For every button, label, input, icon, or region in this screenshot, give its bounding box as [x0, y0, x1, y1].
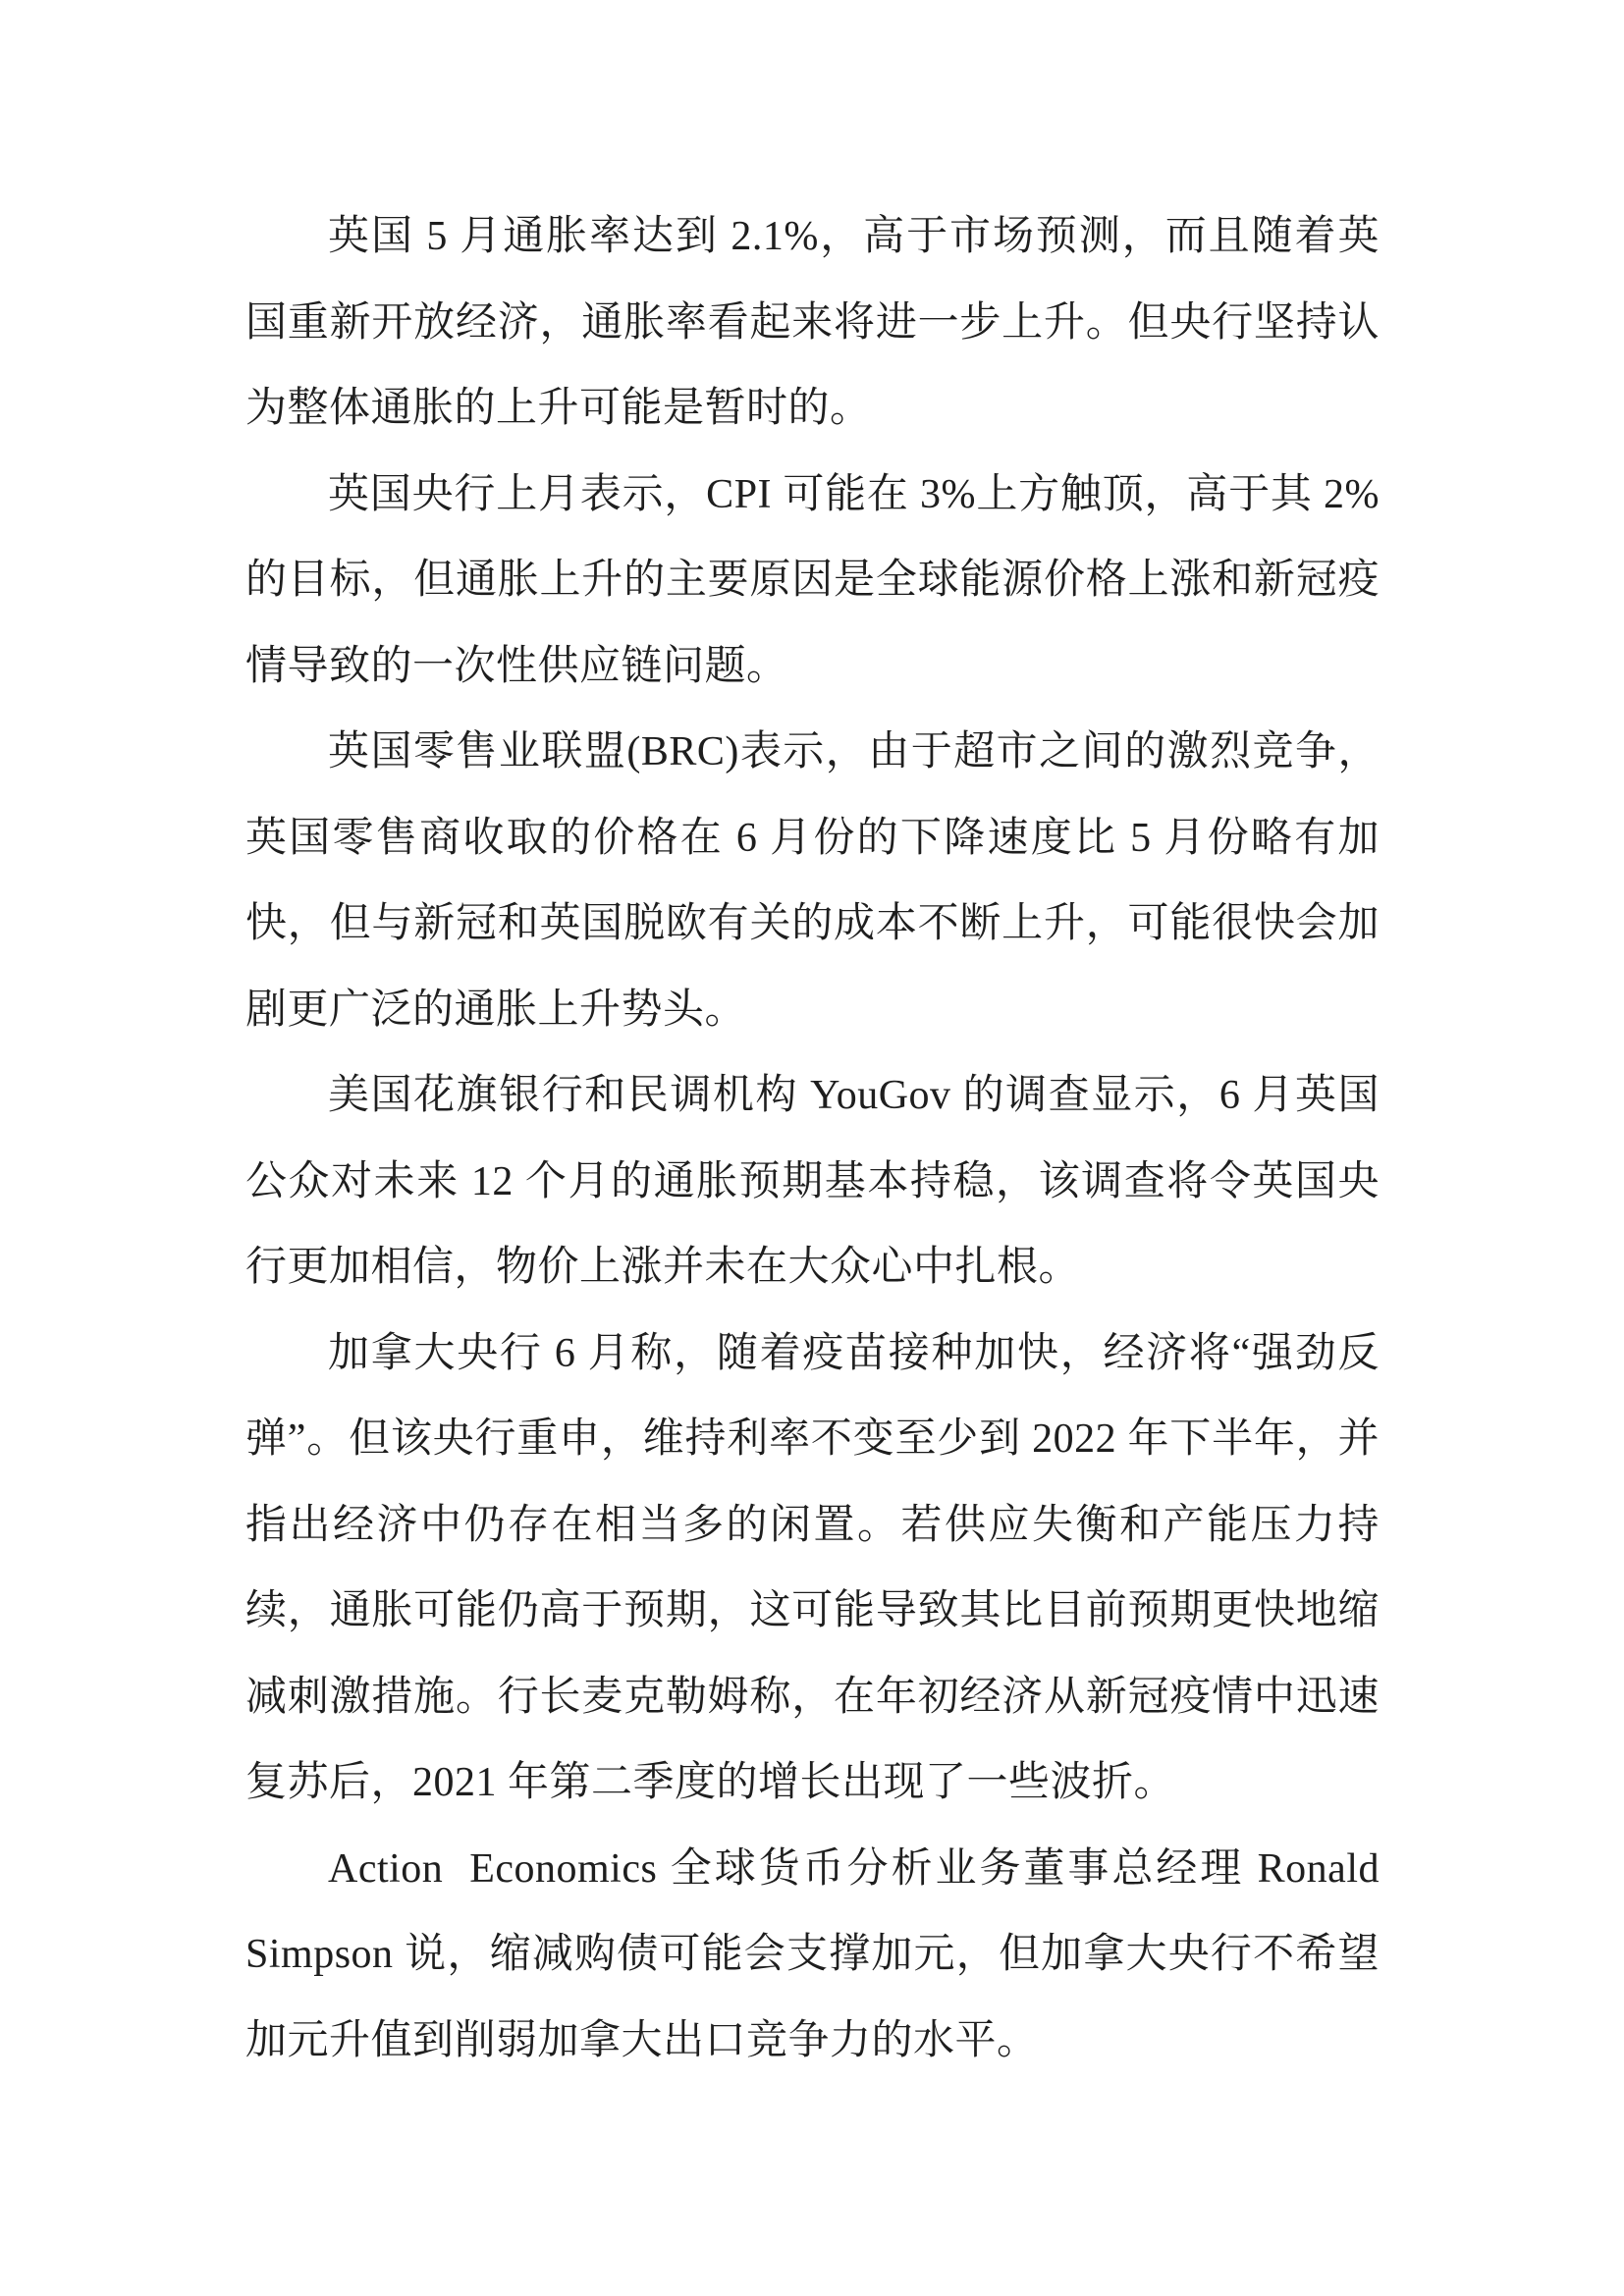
paragraph-action-economics-quote: Action Economics 全球货币分析业务董事总经理 Ronald Si… [245, 1827, 1380, 2085]
paragraph-boe-cpi-outlook: 英国央行上月表示，CPI 可能在 3%上方触顶，高于其 2%的目标，但通胀上升的… [245, 453, 1380, 711]
paragraph-citi-yougov-survey: 美国花旗银行和民调机构 YouGov 的调查显示，6 月英国公众对未来 12 个… [245, 1053, 1380, 1311]
text-body: 英国 5 月通胀率达到 2.1%，高于市场预测，而且随着英国重新开放经济，通胀率… [245, 194, 1380, 2084]
paragraph-uk-inflation-rate: 英国 5 月通胀率达到 2.1%，高于市场预测，而且随着英国重新开放经济，通胀率… [245, 194, 1380, 453]
paragraph-bank-of-canada: 加拿大央行 6 月称，随着疫苗接种加快，经济将“强劲反弹”。但该央行重申，维持利… [245, 1311, 1380, 1827]
paragraph-brc-retail-prices: 英国零售业联盟(BRC)表示，由于超市之间的激烈竞争，英国零售商收取的价格在 6… [245, 710, 1380, 1053]
document-page: { "colors": { "page_background": "#fffff… [0, 0, 1624, 2296]
